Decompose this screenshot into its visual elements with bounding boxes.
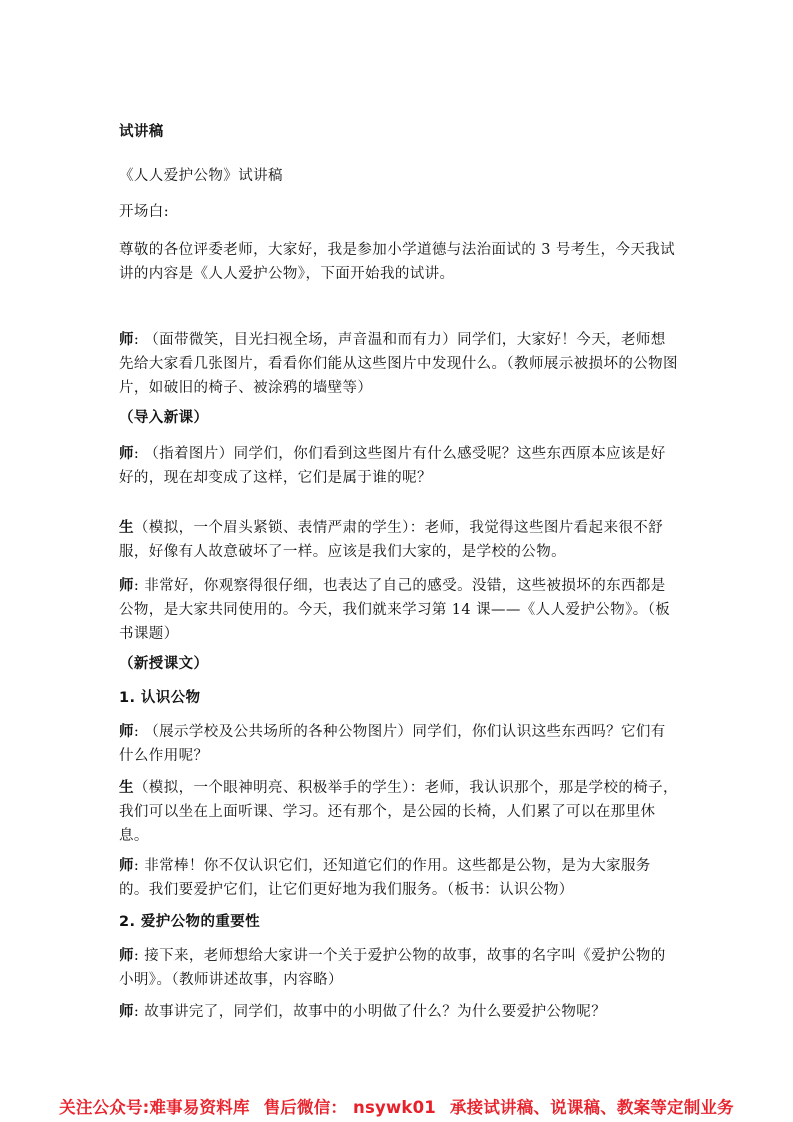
paragraph-teacher: 师: （面带微笑，目光扫视全场，声音温和而有力）同学们，大家好！今天，老师想先给… [119, 328, 679, 400]
paragraph-teacher: 师: （展示学校及公共场所的各种公物图片）同学们，你们认识这些东西吗？它们有什么… [119, 720, 679, 768]
speaker-label: 师 [119, 1004, 134, 1020]
paragraph-teacher: 师: 非常棒！你不仅认识它们，还知道它们的作用。这些都是公物，是为大家服务的。我… [119, 854, 679, 902]
paragraph-teacher: 师: 接下来，老师想给大家讲一个关于爱护公物的故事，故事的名字叫《爱护公物的小明… [119, 944, 679, 992]
paragraph-student: 生（模拟，一个眉头紧锁、表情严肃的学生）：老师，我觉得这些图片看起来很不舒服，好… [119, 516, 679, 564]
opening-label: 开场白: [119, 200, 679, 224]
paragraph-text: （模拟，一个眉头紧锁、表情严肃的学生）：老师，我觉得这些图片看起来很不舒服，好像… [119, 520, 663, 560]
paragraph-text: 非常棒！你不仅认识它们，还知道它们的作用。这些都是公物，是为大家服务的。我们要爱… [119, 858, 651, 898]
document-heading: 试讲稿 [119, 120, 679, 144]
section-heading: 2. 爱护公物的重要性 [119, 910, 679, 934]
document-title: 《人人爱护公物》试讲稿 [119, 164, 679, 188]
paragraph-text: 接下来，老师想给大家讲一个关于爱护公物的故事，故事的名字叫《爱护公物的小明》。（… [119, 948, 666, 988]
section-heading: （导入新课） [119, 406, 679, 430]
speaker-label: 师 [119, 948, 134, 964]
footer-service-text: 承接试讲稿、说课稿、教案等定制业务 [450, 1098, 734, 1117]
speaker-label: 师 [119, 858, 134, 874]
promo-footer: 关注公众号:难事易资料库 售后微信： nsywk01 承接试讲稿、说课稿、教案等… [0, 1094, 793, 1118]
paragraph-teacher: 师: （指着图片）同学们，你们看到这些图片有什么感受呢？这些东西原本应该是好好的… [119, 442, 679, 490]
paragraph-student: 生（模拟，一个眼神明亮、积极举手的学生）：老师，我认识那个，那是学校的椅子，我们… [119, 776, 679, 848]
paragraph-teacher: 师: 故事讲完了，同学们，故事中的小明做了什么？为什么要爱护公物呢？ [119, 1000, 679, 1024]
opening-text: 尊敬的各位评委老师，大家好，我是参加小学道德与法治面试的 3 号考生，今天我试讲… [119, 238, 679, 286]
paragraph-text: （指着图片）同学们，你们看到这些图片有什么感受呢？这些东西原本应该是好好的，现在… [119, 446, 666, 486]
speaker-label: 师 [119, 578, 134, 594]
footer-wechat-account: 关注公众号:难事易资料库 [59, 1098, 250, 1117]
speaker-label: 生 [119, 780, 134, 796]
speaker-label: 生 [119, 520, 134, 536]
footer-support-wechat: 售后微信： nsywk01 [264, 1098, 436, 1117]
paragraph-text: （面带微笑，目光扫视全场，声音温和而有力）同学们，大家好！今天，老师想先给大家看… [119, 332, 678, 396]
paragraph-text: 非常好，你观察得很仔细，也表达了自己的感受。没错，这些被损坏的东西都是公物，是大… [119, 578, 670, 642]
section-heading: 1. 认识公物 [119, 686, 679, 710]
speaker-label: 师 [119, 446, 134, 462]
speaker-label: 师 [119, 724, 134, 740]
section-heading: （新授课文） [119, 652, 679, 676]
paragraph-text: （模拟，一个眼神明亮、积极举手的学生）：老师，我认识那个，那是学校的椅子，我们可… [119, 780, 678, 844]
paragraph-text: 故事讲完了，同学们，故事中的小明做了什么？为什么要爱护公物呢？ [144, 1004, 606, 1020]
paragraph-text: （展示学校及公共场所的各种公物图片）同学们，你们认识这些东西吗？它们有什么作用呢… [119, 724, 666, 764]
speaker-label: 师 [119, 332, 134, 348]
paragraph-teacher: 师: 非常好，你观察得很仔细，也表达了自己的感受。没错，这些被损坏的东西都是公物… [119, 574, 679, 646]
